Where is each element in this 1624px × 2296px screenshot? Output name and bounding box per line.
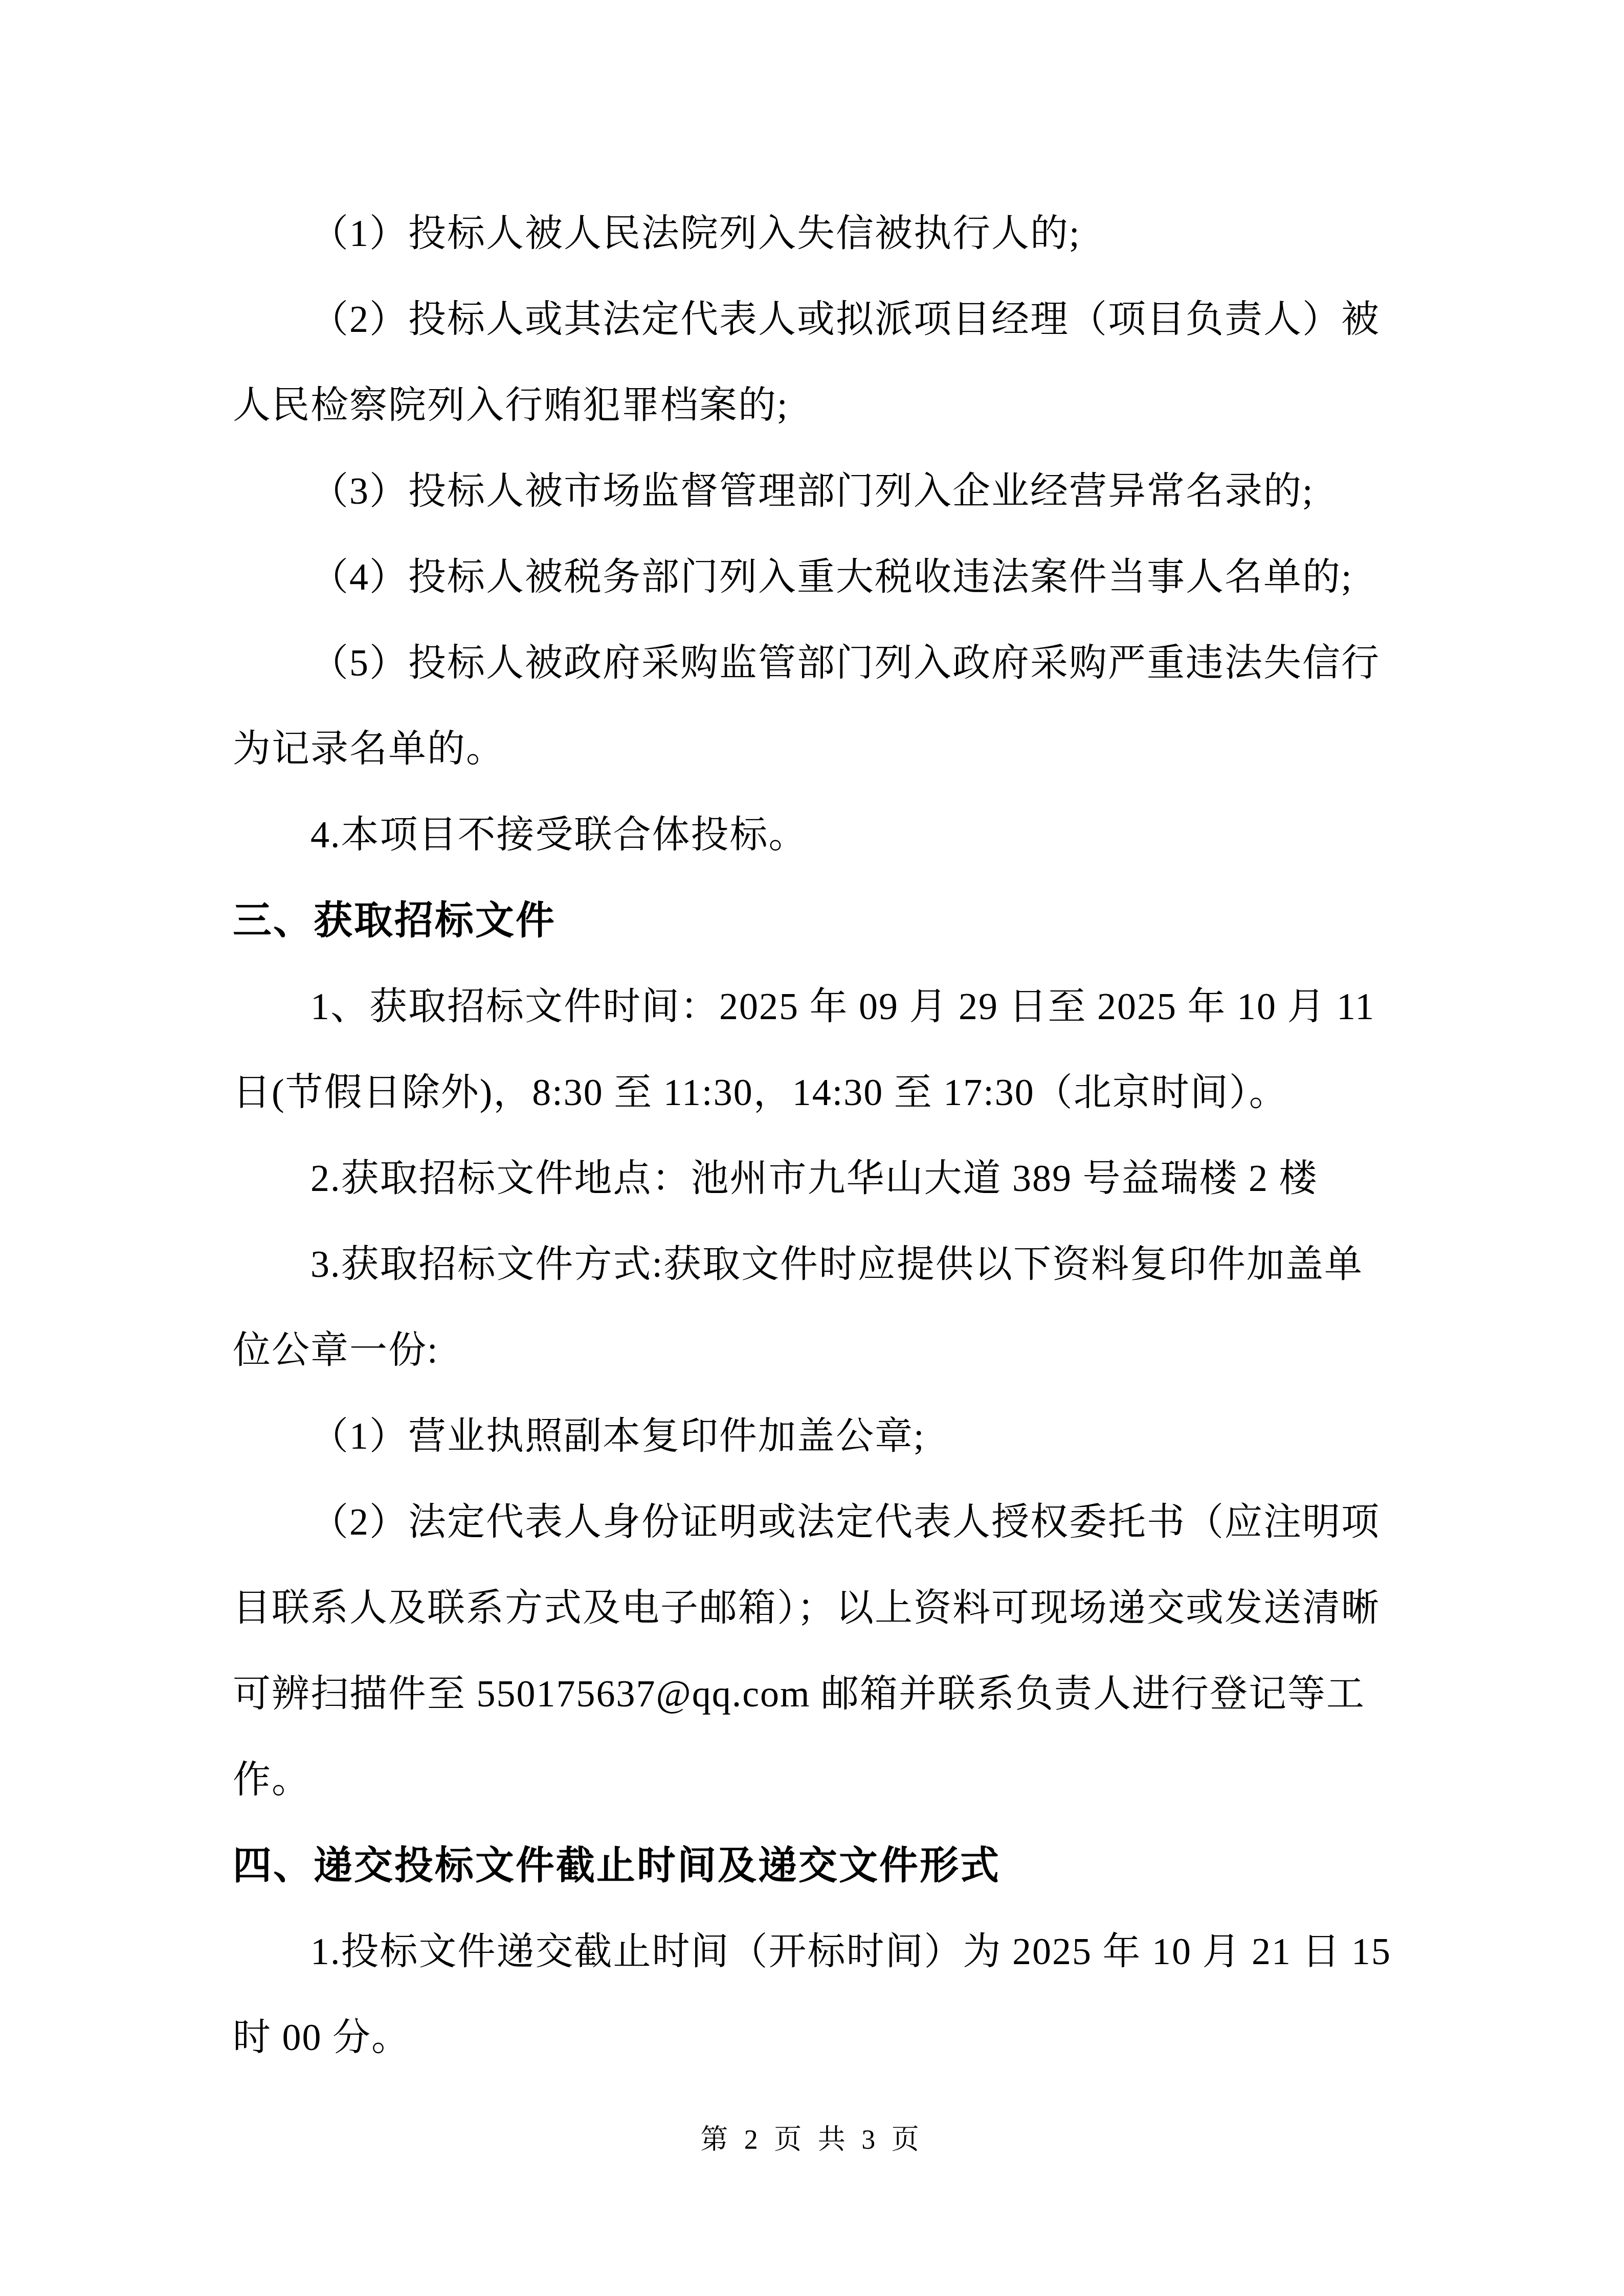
text-line: 作。 xyxy=(233,1737,1430,1823)
text-line: 1、获取招标文件时间：2025 年 09 月 29 日至 2025 年 10 月… xyxy=(233,964,1430,1050)
text-line: 可辨扫描件至 550175637@qq.com 邮箱并联系负责人进行登记等工 xyxy=(233,1651,1430,1737)
document-page: （1）投标人被人民法院列入失信被执行人的;（2）投标人或其法定代表人或拟派项目经… xyxy=(0,0,1624,2296)
text-line: （1）营业执照副本复印件加盖公章; xyxy=(233,1393,1430,1479)
text-line: 为记录名单的。 xyxy=(233,706,1430,792)
text-line: （2）投标人或其法定代表人或拟派项目经理（项目负责人）被 xyxy=(233,277,1430,363)
text-line: 1.投标文件递交截止时间（开标时间）为 2025 年 10 月 21 日 15 xyxy=(233,1909,1430,1995)
text-line: （4）投标人被税务部门列入重大税收违法案件当事人名单的; xyxy=(233,534,1430,620)
text-line: 人民检察院列入行贿犯罪档案的; xyxy=(233,363,1430,448)
text-line: （3）投标人被市场监督管理部门列入企业经营异常名录的; xyxy=(233,448,1430,534)
text-line: 4.本项目不接受联合体投标。 xyxy=(233,792,1430,878)
text-line: （1）投标人被人民法院列入失信被执行人的; xyxy=(233,191,1430,277)
text-line: 日(节假日除外)，8:30 至 11:30，14:30 至 17:30（北京时间… xyxy=(233,1050,1430,1136)
text-line: （2）法定代表人身份证明或法定代表人授权委托书（应注明项 xyxy=(233,1479,1430,1565)
text-line: 3.获取招标文件方式:获取文件时应提供以下资料复印件加盖单 xyxy=(233,1222,1430,1308)
text-line: 时 00 分。 xyxy=(233,1995,1430,2081)
text-line: （5）投标人被政府采购监管部门列入政府采购严重违法失信行 xyxy=(233,620,1430,706)
page-footer: 第 2 页 共 3 页 xyxy=(0,2112,1624,2167)
document-body: （1）投标人被人民法院列入失信被执行人的;（2）投标人或其法定代表人或拟派项目经… xyxy=(233,191,1430,2081)
text-line: 位公章一份: xyxy=(233,1308,1430,1393)
text-line: 目联系人及联系方式及电子邮箱）；以上资料可现场递交或发送清晰 xyxy=(233,1565,1430,1651)
text-line: 2.获取招标文件地点：池州市九华山大道 389 号益瑞楼 2 楼 xyxy=(233,1136,1430,1222)
section-heading: 三、获取招标文件 xyxy=(233,878,1430,964)
section-heading: 四、递交投标文件截止时间及递交文件形式 xyxy=(233,1823,1430,1909)
page-number-label: 第 2 页 共 3 页 xyxy=(700,2124,924,2155)
